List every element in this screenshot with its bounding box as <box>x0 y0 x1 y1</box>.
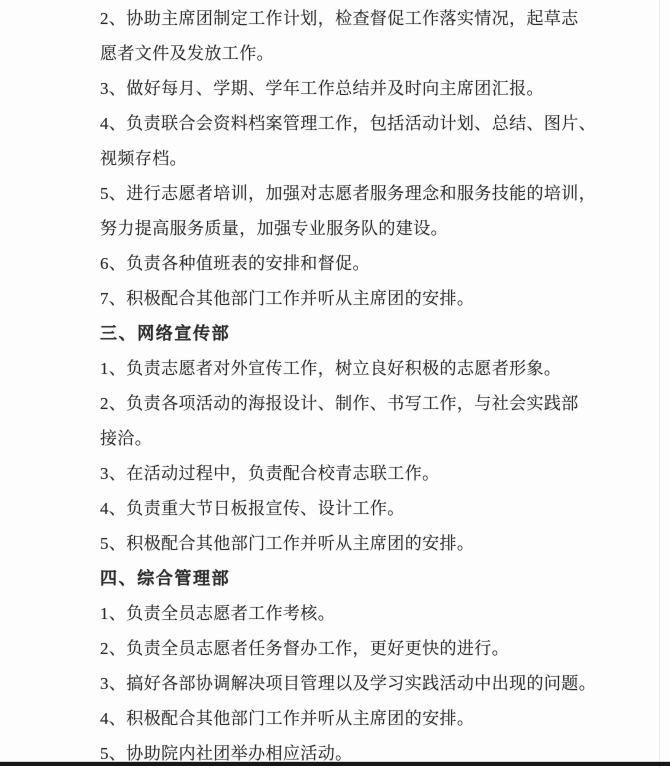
list-item-continuation-line: 努力提高服务质量，加强专业服务队的建设。 <box>100 211 642 246</box>
list-item-line: 1、负责志愿者对外宣传工作，树立良好积极的志愿者形象。 <box>100 351 642 386</box>
list-item-line: 7、积极配合其他部门工作并听从主席团的安排。 <box>100 281 642 316</box>
document-section: 三、网络宣传部1、负责志愿者对外宣传工作，树立良好积极的志愿者形象。2、负责各项… <box>100 316 642 561</box>
list-item-line: 5、积极配合其他部门工作并听从主席团的安排。 <box>100 526 642 561</box>
document-page: 2、协助主席团制定工作计划，检查督促工作落实情况，起草志愿者文件及发放工作。3、… <box>0 0 670 768</box>
list-item-line: 4、负责重大节日板报宣传、设计工作。 <box>100 491 642 526</box>
document-content: 2、协助主席团制定工作计划，检查督促工作落实情况，起草志愿者文件及发放工作。3、… <box>100 0 642 768</box>
page-bottom-border <box>0 762 670 766</box>
list-item-continuation-line: 接洽。 <box>100 421 642 456</box>
list-item-continuation-line: 视频存档。 <box>100 141 642 176</box>
list-item-line: 5、进行志愿者培训，加强对志愿者服务理念和服务技能的培训， <box>100 176 642 211</box>
list-item-line: 3、做好每月、学期、学年工作总结并及时向主席团汇报。 <box>100 71 642 106</box>
scan-edge-artifact <box>659 0 660 768</box>
list-item-line: 1、负责全员志愿者工作考核。 <box>100 596 642 631</box>
list-item-line: 3、搞好各部协调解决项目管理以及学习实践活动中出现的问题。 <box>100 666 642 701</box>
list-item-line: 6、负责各种值班表的安排和督促。 <box>100 246 642 281</box>
list-item-line: 3、在活动过程中，负责配合校青志联工作。 <box>100 456 642 491</box>
list-item-line: 4、负责联合会资料档案管理工作，包括活动计划、总结、图片、 <box>100 106 642 141</box>
section-heading: 四、综合管理部 <box>100 561 642 596</box>
list-item-line: 4、积极配合其他部门工作并听从主席团的安排。 <box>100 701 642 736</box>
list-item-line: 2、负责各项活动的海报设计、制作、书写工作，与社会实践部 <box>100 386 642 421</box>
list-item-line: 2、协助主席团制定工作计划，检查督促工作落实情况，起草志 <box>100 1 642 36</box>
list-item-line: 2、负责全员志愿者任务督办工作，更好更快的进行。 <box>100 631 642 666</box>
list-item-continuation-line: 愿者文件及发放工作。 <box>100 36 642 71</box>
section-heading: 三、网络宣传部 <box>100 316 642 351</box>
document-section: 2、协助主席团制定工作计划，检查督促工作落实情况，起草志愿者文件及发放工作。3、… <box>100 1 642 316</box>
document-section: 四、综合管理部1、负责全员志愿者工作考核。2、负责全员志愿者任务督办工作，更好更… <box>100 561 642 768</box>
